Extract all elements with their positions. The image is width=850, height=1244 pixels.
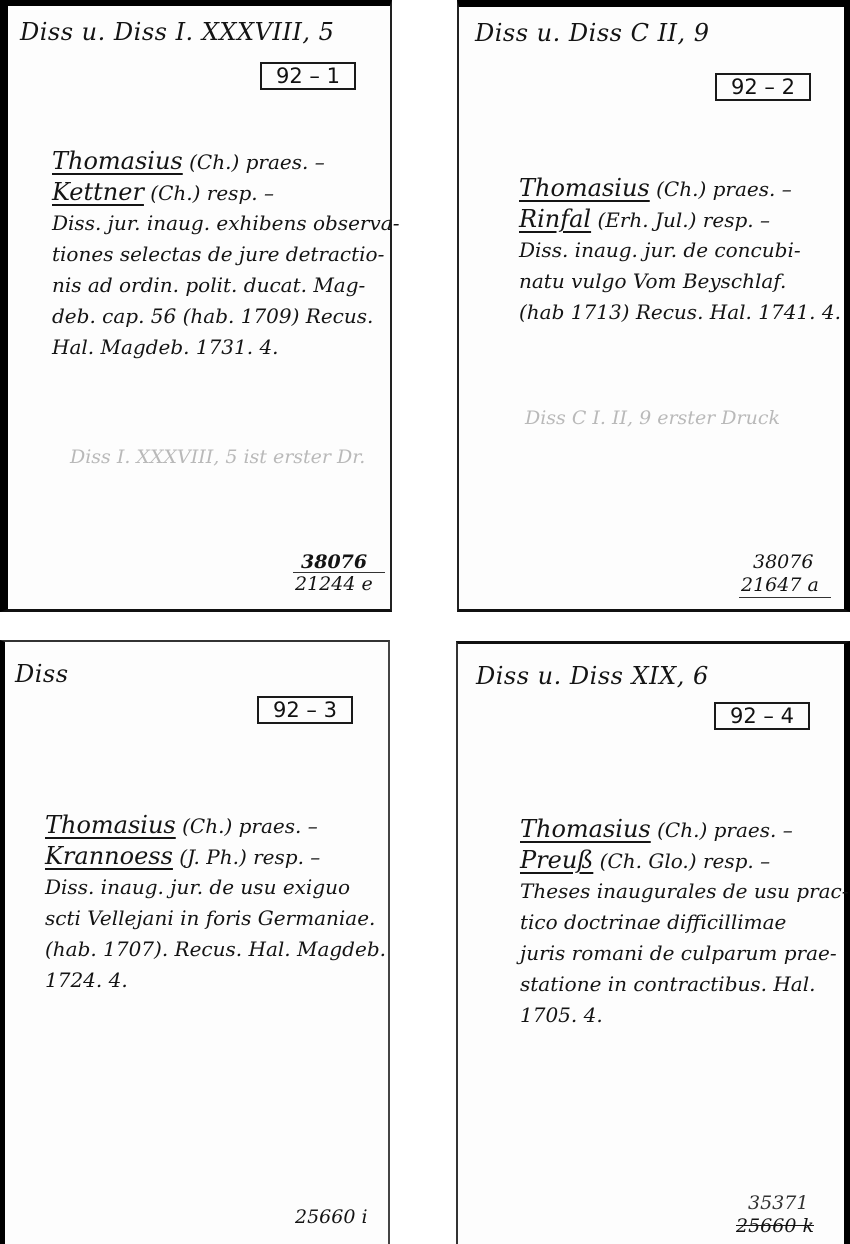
respondent-role: (Erh. Jul.) resp. –	[597, 208, 770, 232]
title-line: Diss. inaug. jur. de concubi-	[519, 235, 841, 266]
title-line: Diss. jur. inaug. exhibens observa-	[52, 208, 399, 239]
entry-text: Thomasius (Ch.) praes. – Rinfal (Erh. Ju…	[519, 173, 841, 328]
praeses-name: Thomasius	[52, 147, 183, 175]
shelfmark: Diss	[15, 660, 69, 688]
accession-bottom: 25660 i	[295, 1206, 368, 1229]
title-line: deb. cap. 56 (hab. 1709) Recus.	[52, 301, 399, 332]
title-line: Hal. Magdeb. 1731. 4.	[52, 332, 399, 363]
respondent-name: Kettner	[52, 178, 144, 206]
praeses-name: Thomasius	[520, 815, 651, 843]
accession-numbers: 35371 25660 k	[736, 1192, 814, 1238]
call-number-box: 92 – 1	[260, 62, 356, 90]
title-line: 1705. 4.	[520, 1000, 849, 1031]
call-number-box: 92 – 2	[715, 73, 811, 101]
respondent-name: Preuß	[520, 846, 593, 874]
title-line: natu vulgo Vom Beyschlaf.	[519, 266, 841, 297]
praeses-role: (Ch.) praes. –	[657, 818, 793, 842]
respondent-role: (J. Ph.) resp. –	[179, 845, 320, 869]
respondent-name: Rinfal	[519, 205, 591, 233]
title-line: tiones selectas de jure detractio-	[52, 239, 399, 270]
shelfmark: Diss u. Diss XIX, 6	[476, 662, 709, 690]
title-line: scti Vellejani in foris Germaniae.	[45, 903, 386, 934]
title-line: juris romani de culparum prae-	[520, 938, 849, 969]
title-line: 1724. 4.	[45, 965, 386, 996]
title-line: tico doctrinae difficillimae	[520, 907, 849, 938]
respondent-role: (Ch. Glo.) resp. –	[600, 849, 770, 873]
accession-numbers: 25660 i	[295, 1206, 368, 1229]
title-line: Theses inaugurales de usu prac-	[520, 876, 849, 907]
title-line: nis ad ordin. polit. ducat. Mag-	[52, 270, 399, 301]
pencil-note: Diss C I. II, 9 erster Druck	[525, 407, 780, 429]
accession-numbers: 38076 21647 a	[739, 551, 831, 598]
accession-bottom: 21244 e	[293, 572, 385, 596]
title-line: Diss. inaug. jur. de usu exiguo	[45, 872, 386, 903]
title-line: (hab. 1707). Recus. Hal. Magdeb.	[45, 934, 386, 965]
shelfmark: Diss u. Diss I. XXXVIII, 5	[20, 18, 334, 46]
catalog-card-92-1: Diss u. Diss I. XXXVIII, 5 92 – 1 Thomas…	[0, 0, 392, 612]
entry-text: Thomasius (Ch.) praes. – Kettner (Ch.) r…	[52, 146, 399, 363]
title-line: (hab 1713) Recus. Hal. 1741. 4.	[519, 297, 841, 328]
pencil-note: Diss I. XXXVIII, 5 ist erster Dr.	[70, 446, 365, 468]
respondent-role: (Ch.) resp. –	[150, 181, 274, 205]
praeses-name: Thomasius	[519, 174, 650, 202]
catalog-card-92-2: Diss u. Diss C II, 9 92 – 2 Thomasius (C…	[457, 0, 850, 612]
accession-bottom: 21647 a	[739, 574, 831, 598]
shelfmark: Diss u. Diss C II, 9	[475, 19, 710, 47]
title-line: statione in contractibus. Hal.	[520, 969, 849, 1000]
praeses-name: Thomasius	[45, 811, 176, 839]
praeses-role: (Ch.) praes. –	[189, 150, 325, 174]
catalog-card-92-3: Diss 92 – 3 Thomasius (Ch.) praes. – Kra…	[0, 640, 390, 1244]
accession-numbers: 38076 21244 e	[293, 551, 385, 596]
entry-text: Thomasius (Ch.) praes. – Preuß (Ch. Glo.…	[520, 814, 849, 1031]
accession-top: 35371	[736, 1192, 814, 1215]
call-number-box: 92 – 4	[714, 702, 810, 730]
call-number-box: 92 – 3	[257, 696, 353, 724]
respondent-name: Krannoess	[45, 842, 173, 870]
praeses-role: (Ch.) praes. –	[182, 814, 318, 838]
accession-top: 38076	[293, 551, 385, 574]
entry-text: Thomasius (Ch.) praes. – Krannoess (J. P…	[45, 810, 386, 996]
accession-top: 38076	[739, 551, 831, 574]
catalog-card-92-4: Diss u. Diss XIX, 6 92 – 4 Thomasius (Ch…	[456, 641, 850, 1244]
praeses-role: (Ch.) praes. –	[656, 177, 792, 201]
accession-bottom: 25660 k	[736, 1215, 814, 1238]
